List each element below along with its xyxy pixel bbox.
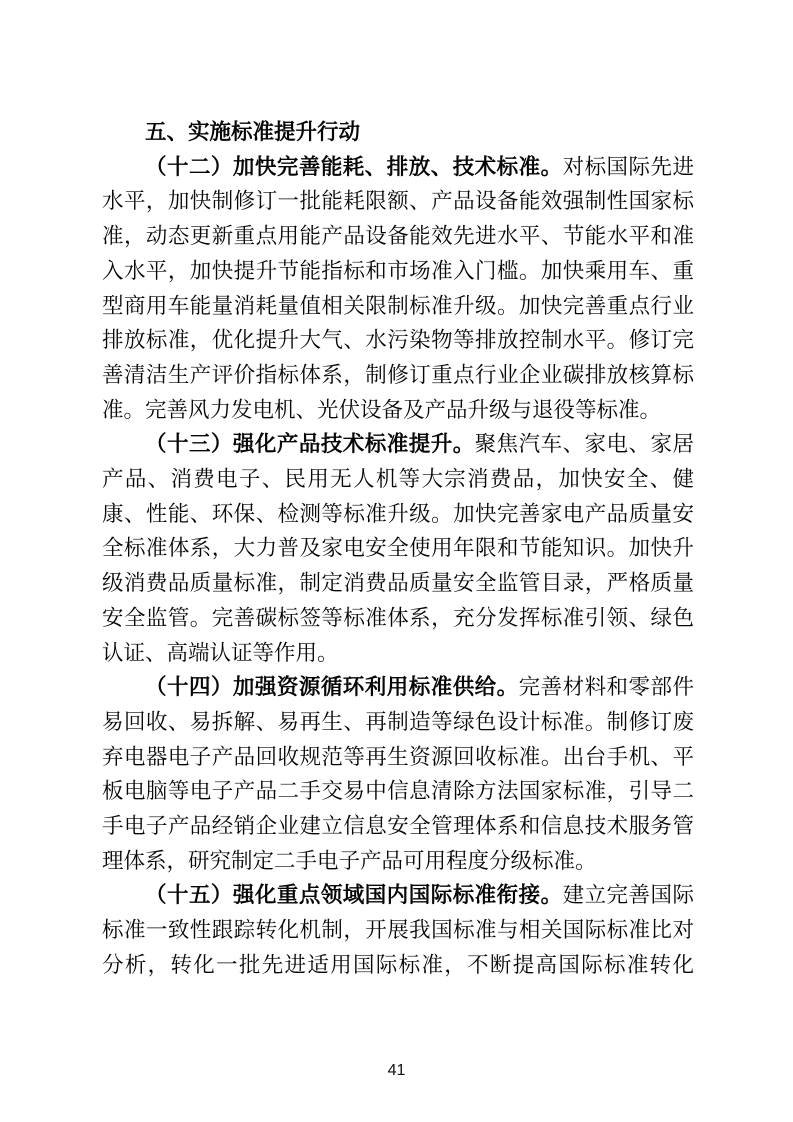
paragraph-13-lead: （十三）强化产品技术标准提升。 bbox=[145, 432, 475, 456]
paragraph-14-lead: （十四）加强资源循环利用标准供给。 bbox=[145, 675, 519, 699]
paragraph-12-body: 对标国际先进水平，加快制修订一批能耗限额、产品设备能效强制性国家标准，动态更新重… bbox=[102, 155, 694, 422]
paragraph-15: （十五）强化重点领域国内国际标准衔接。建立完善国际标准一致性跟踪转化机制，开展我… bbox=[102, 878, 694, 982]
paragraph-13: （十三）强化产品技术标准提升。聚焦汽车、家电、家居产品、消费电子、民用无人机等大… bbox=[102, 427, 694, 670]
paragraph-14: （十四）加强资源循环利用标准供给。完善材料和零部件易回收、易拆解、易再生、再制造… bbox=[102, 670, 694, 878]
paragraph-14-body: 完善材料和零部件易回收、易拆解、易再生、再制造等绿色设计标准。制修订废弃电器电子… bbox=[102, 675, 694, 873]
paragraph-15-lead: （十五）强化重点领域国内国际标准衔接。 bbox=[145, 883, 563, 907]
paragraph-12-lead: （十二）加快完善能耗、排放、技术标准。 bbox=[145, 155, 563, 179]
section-heading: 五、实施标准提升行动 bbox=[102, 115, 694, 150]
paragraph-12: （十二）加快完善能耗、排放、技术标准。对标国际先进水平，加快制修订一批能耗限额、… bbox=[102, 150, 694, 428]
paragraph-13-body: 聚焦汽车、家电、家居产品、消费电子、民用无人机等大宗消费品，加快安全、健康、性能… bbox=[102, 432, 694, 664]
page-content: 五、实施标准提升行动 （十二）加快完善能耗、排放、技术标准。对标国际先进水平，加… bbox=[102, 115, 694, 983]
document-page: 五、实施标准提升行动 （十二）加快完善能耗、排放、技术标准。对标国际先进水平，加… bbox=[0, 0, 793, 1122]
page-number: 41 bbox=[0, 1060, 793, 1082]
